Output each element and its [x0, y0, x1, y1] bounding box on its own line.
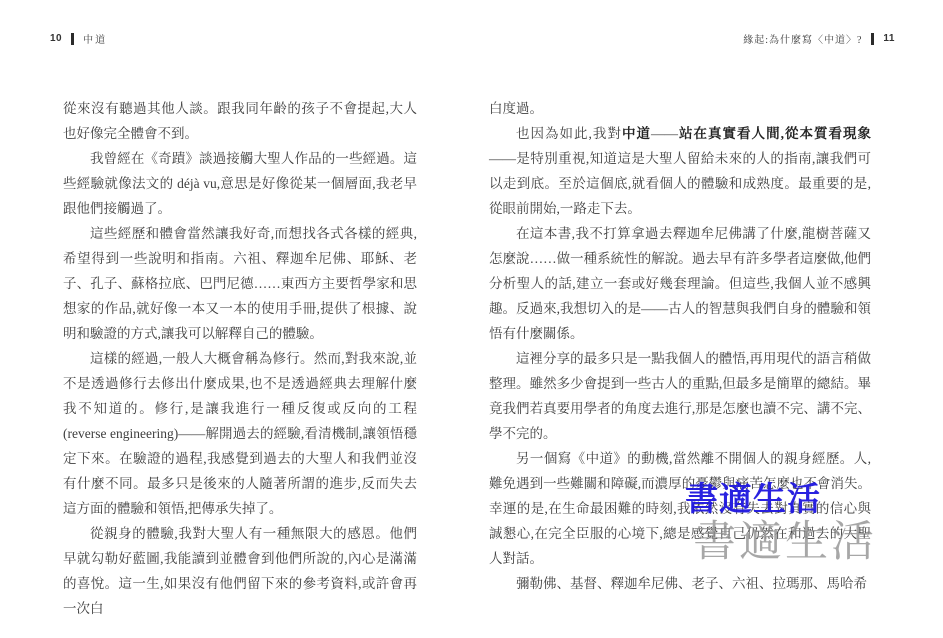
paragraph: 白度過。 [489, 96, 871, 121]
bold-text-run: 中道 [622, 126, 651, 141]
paragraph: 這樣的經過,一般人大概會稱為修行。然而,對我來說,並不是透過修行去修出什麼成果,… [63, 346, 417, 521]
text-run: 在這本書,我不打算拿過去釋迦牟尼佛講了什麼,龍樹菩薩又怎麼說……做一種系統性的解… [489, 226, 871, 341]
header-divider-bar [71, 33, 74, 45]
chapter-title: 緣起:為什麼寫〈中道〉? [743, 31, 862, 46]
paragraph: 從來沒有聽過其他人談。跟我同年齡的孩子不會提起,大人也好像完全體會不到。 [63, 96, 417, 146]
text-run: 從親身的體驗,我對大聖人有一種無限大的感恩。他們早就勾勒好藍圖,我能讀到並體會到… [63, 526, 417, 616]
text-run: ——是特別重視,知道這是大聖人留給未來的人的指南,讓我們可以走到底。至於這個底,… [489, 151, 871, 216]
text-run: 這些經歷和體會當然讓我好奇,而想找各式各樣的經典,希望得到一些說明和指南。六祖、… [63, 226, 417, 341]
text-run: 白度過。 [489, 101, 543, 116]
text-run: —— [651, 126, 678, 141]
paragraph: 這裡分享的最多只是一點我個人的體悟,再用現代的語言稍做整理。雖然多少會提到一些古… [489, 346, 871, 446]
left-running-header: 10 中道 [50, 31, 107, 46]
watermark-gray: 書適生活 [693, 508, 877, 569]
paragraph: 這些經歷和體會當然讓我好奇,而想找各式各樣的經典,希望得到一些說明和指南。六祖、… [63, 221, 417, 346]
text-run: 彌勒佛、基督、釋迦牟尼佛、老子、六祖、拉瑪那、馬哈希 [516, 576, 867, 591]
paragraph: 從親身的體驗,我對大聖人有一種無限大的感恩。他們早就勾勒好藍圖,我能讀到並體會到… [63, 521, 417, 621]
left-page-number: 10 [50, 33, 62, 44]
header-divider-bar [871, 33, 874, 45]
right-page-number: 11 [883, 33, 895, 44]
paragraph: 彌勒佛、基督、釋迦牟尼佛、老子、六祖、拉瑪那、馬哈希 [489, 571, 871, 596]
paragraph: 在這本書,我不打算拿過去釋迦牟尼佛講了什麼,龍樹菩薩又怎麼說……做一種系統性的解… [489, 221, 871, 346]
paragraph: 我曾經在《奇蹟》談過接觸大聖人作品的一些經過。這些經驗就像法文的 déjà vu… [63, 146, 417, 221]
text-run: 這裡分享的最多只是一點我個人的體悟,再用現代的語言稍做整理。雖然多少會提到一些古… [489, 351, 871, 441]
bold-text-run: 站在真實看人間,從本質看現象 [678, 126, 871, 141]
text-run: 我曾經在《奇蹟》談過接觸大聖人作品的一些經過。這些經驗就像法文的 déjà vu… [63, 151, 417, 216]
paragraph: 也因為如此,我對中道——站在真實看人間,從本質看現象——是特別重視,知道這是大聖… [489, 121, 871, 221]
text-run: 從來沒有聽過其他人談。跟我同年齡的孩子不會提起,大人也好像完全體會不到。 [63, 101, 417, 141]
book-spread: 10 中道 緣起:為什麼寫〈中道〉? 11 從來沒有聽過其他人談。跟我同年齡的孩… [0, 0, 943, 638]
left-page-body: 從來沒有聽過其他人談。跟我同年齡的孩子不會提起,大人也好像完全體會不到。我曾經在… [63, 96, 417, 621]
right-running-header: 緣起:為什麼寫〈中道〉? 11 [743, 31, 895, 46]
text-run: 也因為如此,我對 [516, 126, 622, 141]
book-title: 中道 [83, 31, 107, 46]
text-run: 這樣的經過,一般人大概會稱為修行。然而,對我來說,並不是透過修行去修出什麼成果,… [63, 351, 417, 516]
